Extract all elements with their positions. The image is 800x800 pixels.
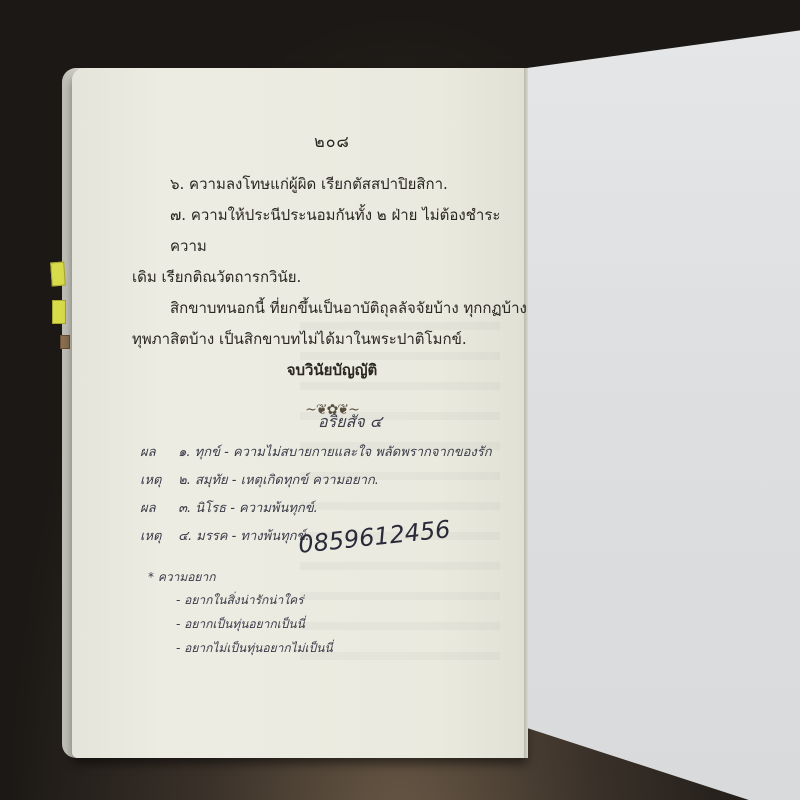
footnote-item: - อยากเป็นทุ่นอยากเป็นนี่ (148, 612, 333, 636)
printed-item-6: ๖. ความลงโทษแก่ผู้ผิด เรียกตัสสปาปิยสิกา… (132, 169, 532, 200)
handwritten-line: เหตุ ๒. สมุทัย - เหตุเกิดทุกข์ ความอยาก. (140, 467, 560, 495)
line-text: ๔. มรรค - ทางพ้นทุกข์. (178, 529, 309, 544)
sticky-tab-brown (60, 335, 70, 349)
line-text: ๓. นิโรธ - ความพ้นทุกข์. (178, 501, 318, 516)
closing-heading: จบวินัยบัญญัติ (132, 355, 532, 386)
footnote-heading: * ความอยาก (148, 566, 333, 588)
line-tag: เหตุ (140, 467, 174, 495)
printed-item-7-line1: ๗. ความให้ประนีประนอมกันทั้ง ๒ ฝ่าย ไม่ต… (132, 200, 532, 262)
line-tag: ผล (140, 495, 174, 523)
open-book: ๒๐๘ ๖. ความลงโทษแก่ผู้ผิด เรียกตัสสปาปิย… (0, 0, 800, 800)
line-text: ๒. สมุทัย - เหตุเกิดทุกข์ ความอยาก. (178, 473, 379, 488)
line-tag: ผล (140, 439, 174, 467)
sticky-tab-yellow (52, 300, 66, 324)
handwritten-line: ผล ๓. นิโรธ - ความพ้นทุกข์. (140, 495, 560, 523)
footnote-item: - อยากในสิ่งน่ารักน่าใคร่ (148, 588, 333, 612)
footnote-item: - อยากไม่เป็นทุ่นอยากไม่เป็นนี่ (148, 636, 333, 660)
printed-paragraph-line2: ทุพภาสิตบ้าง เป็นสิกขาบทไม่ได้มาในพระปาต… (132, 324, 532, 355)
handwritten-line: ผล ๑. ทุกข์ - ความไม่สบายกายและใจ พลัดพร… (140, 439, 560, 467)
printed-paragraph-line1: สิกขาบทนอกนี้ ที่ยกขึ้นเป็นอาบัติถุลลัจจ… (132, 293, 532, 324)
line-text: ๑. ทุกข์ - ความไม่สบายกายและใจ พลัดพรากจ… (178, 445, 491, 460)
right-page-blank (527, 28, 800, 800)
handwritten-title: อริยสัจ ๔ (140, 410, 560, 435)
handwritten-footnote: * ความอยาก - อยากในสิ่งน่ารักน่าใคร่ - อ… (148, 566, 333, 660)
printed-text-block: ๒๐๘ ๖. ความลงโทษแก่ผู้ผิด เรียกตัสสปาปิย… (132, 130, 532, 426)
printed-item-7-line2: เดิม เรียกติณวัตถารกวินัย. (132, 262, 532, 293)
sticky-tab-yellow (50, 262, 66, 287)
line-tag: เหตุ (140, 523, 174, 551)
page-number: ๒๐๘ (132, 130, 532, 155)
